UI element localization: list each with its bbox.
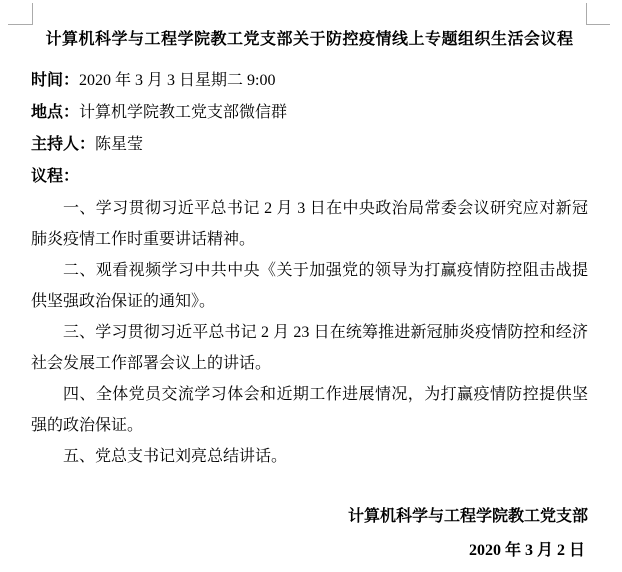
document-page: 计算机科学与工程学院教工党支部关于防控疫情线上专题组织生活会议程 时间：2020…: [0, 0, 622, 572]
meta-value-host: 陈星莹: [95, 136, 143, 153]
agenda-item-2: 二、观看视频学习中共中央《关于加强党的领导为打赢疫情防控阻击战提供坚强政治保证的…: [31, 255, 588, 317]
agenda-item-4: 四、全体党员交流学习体会和近期工作进展情况，为打赢疫情防控提供坚强的政治保证。: [31, 379, 588, 441]
agenda-item-1: 一、学习贯彻习近平总书记 2 月 3 日在中央政治局常委会议研究应对新冠肺炎疫情…: [31, 193, 588, 255]
document-title: 计算机科学与工程学院教工党支部关于防控疫情线上专题组织生活会议程: [31, 27, 588, 53]
signature-date: 2020 年 3 月 2 日: [31, 535, 588, 567]
text-boundary-mark-top-left-icon: [8, 3, 33, 25]
agenda-heading-label: 议程：: [31, 168, 79, 185]
meta-value-location: 计算机学院教工党支部微信群: [79, 104, 287, 121]
meta-line-time: 时间：2020 年 3 月 3 日星期二 9:00: [31, 65, 588, 97]
meta-line-host: 主持人：陈星莹: [31, 129, 588, 161]
signature-organization: 计算机科学与工程学院教工党支部: [31, 501, 588, 533]
meta-line-agenda-heading: 议程：: [31, 161, 588, 193]
agenda-item-3: 三、学习贯彻习近平总书记 2 月 23 日在统筹推进新冠肺炎疫情防控和经济社会发…: [31, 317, 588, 379]
text-boundary-mark-top-right-icon: [586, 3, 610, 25]
document-content: 计算机科学与工程学院教工党支部关于防控疫情线上专题组织生活会议程 时间：2020…: [31, 0, 588, 567]
meta-label-location: 地点：: [31, 104, 79, 121]
meta-label-host: 主持人：: [31, 136, 95, 153]
meta-value-time: 2020 年 3 月 3 日星期二 9:00: [79, 72, 275, 89]
meta-label-time: 时间：: [31, 72, 79, 89]
meta-line-location: 地点：计算机学院教工党支部微信群: [31, 97, 588, 129]
agenda-item-5: 五、党总支书记刘亮总结讲话。: [31, 441, 588, 472]
